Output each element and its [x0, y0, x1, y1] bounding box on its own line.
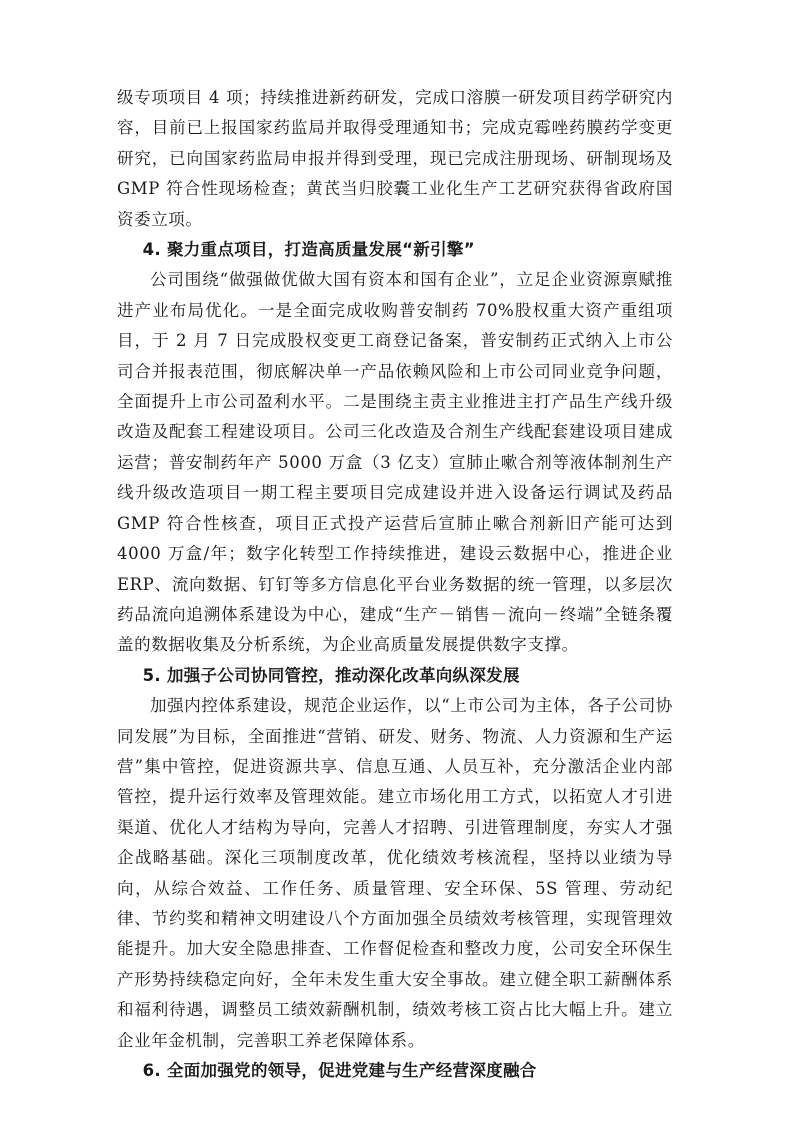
paragraph-r-and-d-continuation: 级专项项目 4 项；持续推进新药研发，完成口溶膜一研发项目药学研究内容，目前已上… [117, 83, 673, 235]
section-heading-5: 5. 加强子公司协同管控，推动深化改革向纵深发展 [117, 661, 673, 691]
section-heading-4: 4. 聚力重点项目，打造高质量发展“新引擎” [117, 235, 673, 265]
paragraph-subsidiary-control: 加强内控体系建设，规范企业运作，以“上市公司为主体，各子公司协同发展”为目标，全… [117, 691, 673, 1056]
section-heading-6: 6. 全面加强党的领导，促进党建与生产经营深度融合 [117, 1056, 673, 1086]
paragraph-key-projects: 公司围绕“做强做优做大国有资本和国有企业”，立足企业资源禀赋推进产业布局优化。一… [117, 265, 673, 660]
document-page: 级专项项目 4 项；持续推进新药研发，完成口溶膜一研发项目药学研究内容，目前已上… [117, 83, 673, 1086]
